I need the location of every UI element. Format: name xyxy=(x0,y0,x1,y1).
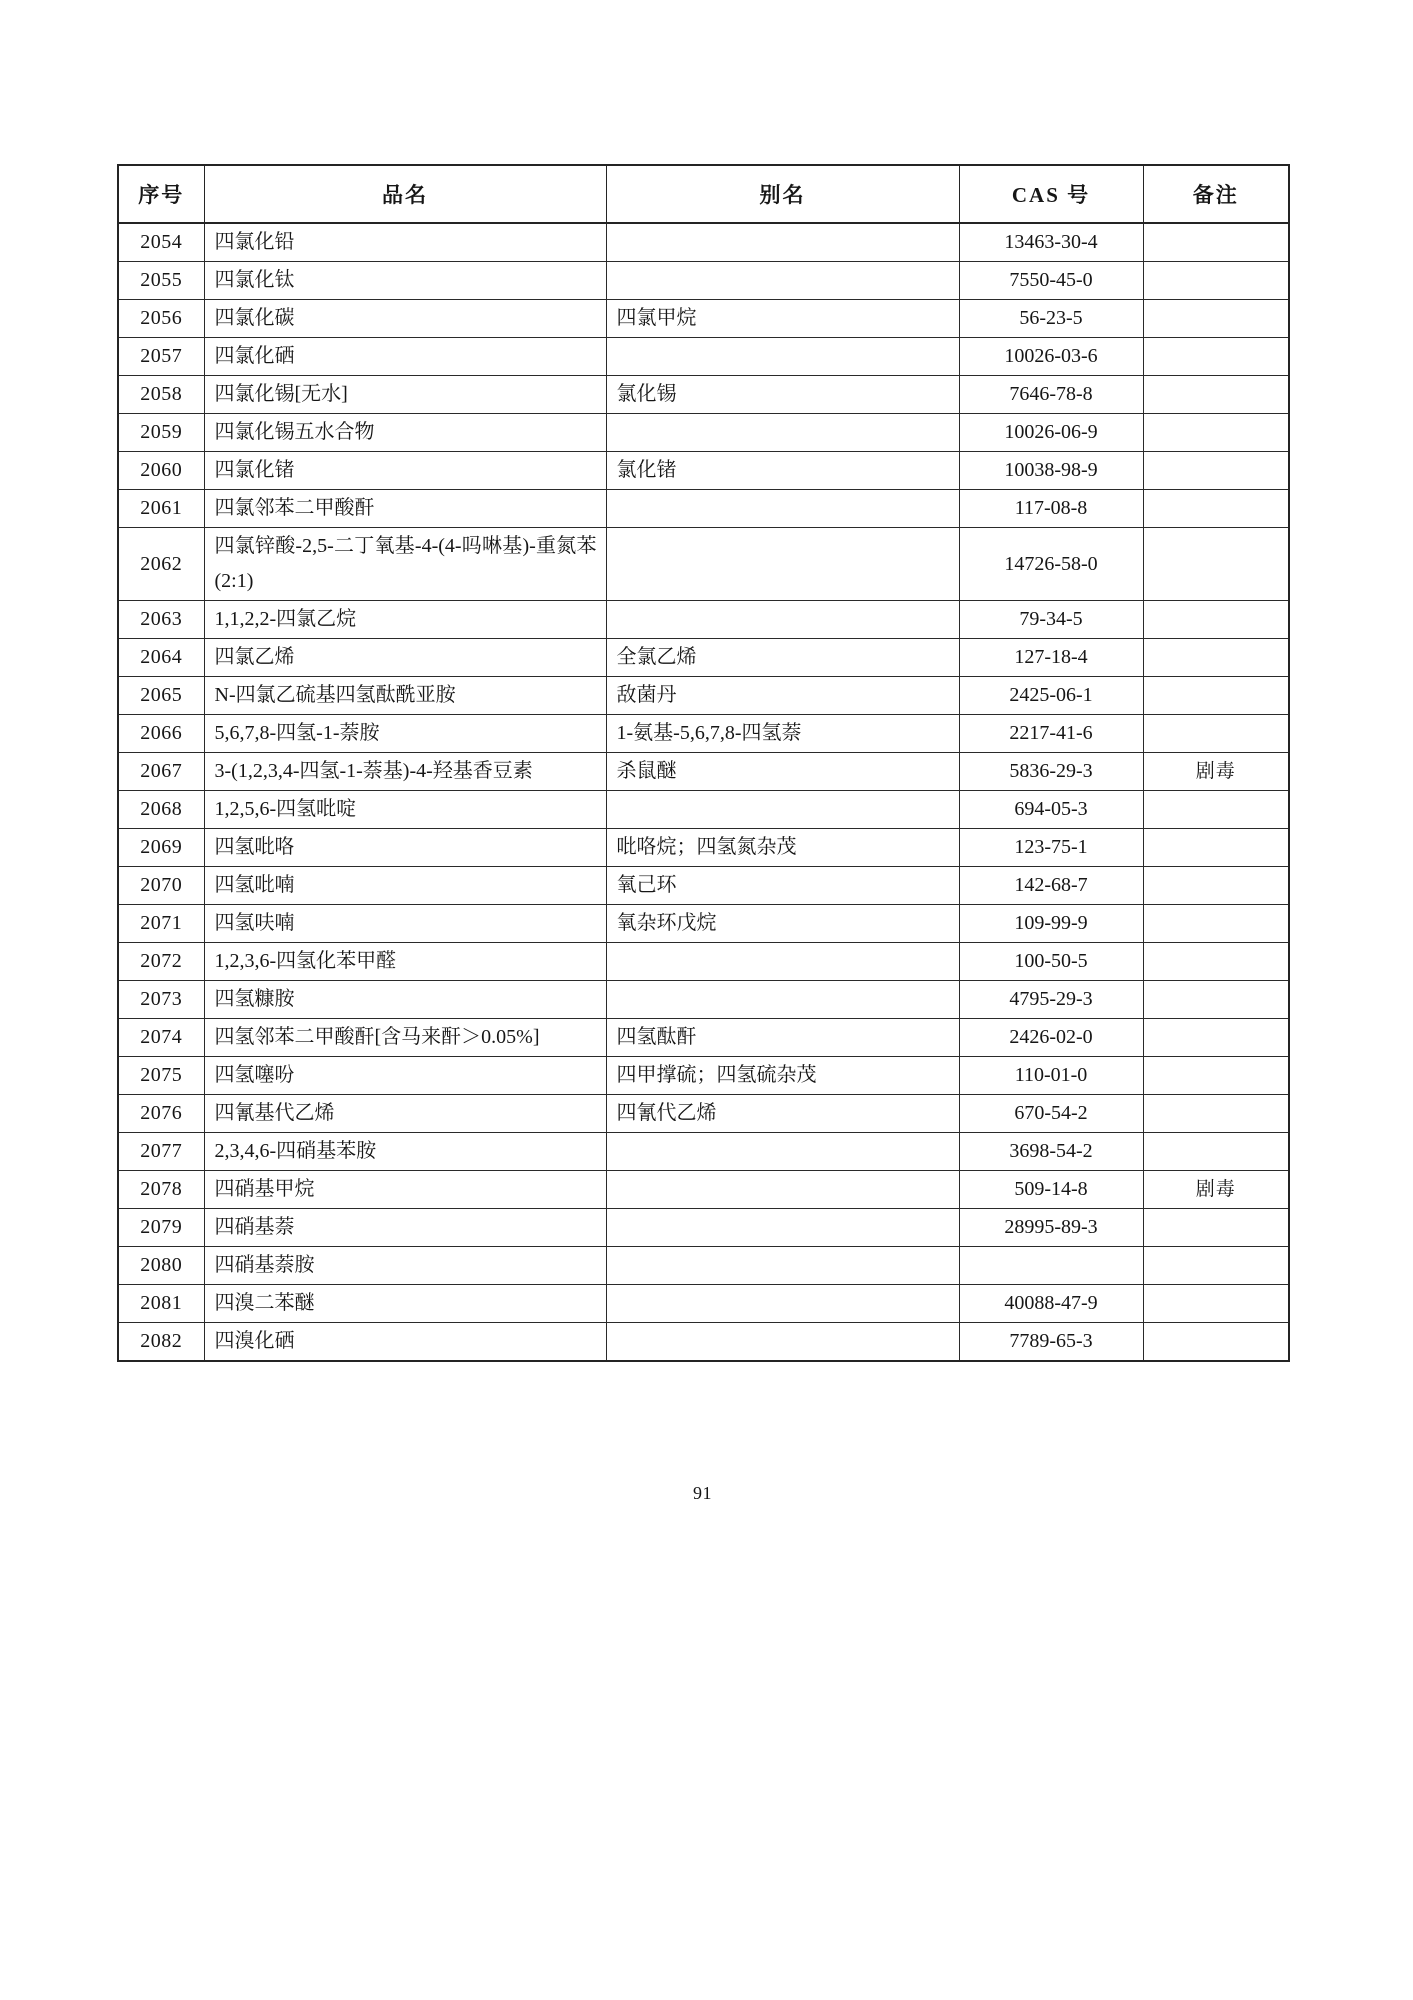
cell-remark: 剧毒 xyxy=(1143,753,1289,791)
cell-name: 四氰基代乙烯 xyxy=(204,1095,606,1133)
cell-index: 2064 xyxy=(118,639,204,677)
cell-name: 四氯化锡[无水] xyxy=(204,376,606,414)
cell-cas: 56-23-5 xyxy=(959,300,1143,338)
table-row: 2071四氢呋喃氧杂环戊烷109-99-9 xyxy=(118,905,1289,943)
cell-remark xyxy=(1143,1095,1289,1133)
header-name: 品名 xyxy=(204,165,606,223)
cell-index: 2069 xyxy=(118,829,204,867)
cell-index: 2078 xyxy=(118,1171,204,1209)
cell-remark xyxy=(1143,300,1289,338)
table-row: 2059四氯化锡五水合物10026-06-9 xyxy=(118,414,1289,452)
cell-remark xyxy=(1143,262,1289,300)
cell-cas: 100-50-5 xyxy=(959,943,1143,981)
cell-name: 四氢噻吩 xyxy=(204,1057,606,1095)
cell-name: N-四氯乙硫基四氢酞酰亚胺 xyxy=(204,677,606,715)
cell-remark xyxy=(1143,1209,1289,1247)
cell-alias xyxy=(606,601,959,639)
table-row: 2078四硝基甲烷509-14-8剧毒 xyxy=(118,1171,1289,1209)
cell-remark xyxy=(1143,414,1289,452)
cell-cas: 2425-06-1 xyxy=(959,677,1143,715)
table-row: 2074四氢邻苯二甲酸酐[含马来酐＞0.05%]四氢酞酐2426-02-0 xyxy=(118,1019,1289,1057)
cell-alias: 氧杂环戊烷 xyxy=(606,905,959,943)
cell-index: 2059 xyxy=(118,414,204,452)
cell-cas: 7550-45-0 xyxy=(959,262,1143,300)
cell-index: 2067 xyxy=(118,753,204,791)
cell-alias: 四氢酞酐 xyxy=(606,1019,959,1057)
cell-cas xyxy=(959,1247,1143,1285)
cell-name: 四硝基萘胺 xyxy=(204,1247,606,1285)
table-row: 2056四氯化碳四氯甲烷56-23-5 xyxy=(118,300,1289,338)
cell-alias: 吡咯烷；四氢氮杂茂 xyxy=(606,829,959,867)
cell-alias xyxy=(606,1171,959,1209)
cell-remark xyxy=(1143,829,1289,867)
cell-cas: 13463-30-4 xyxy=(959,223,1143,262)
cell-remark xyxy=(1143,1285,1289,1323)
cell-remark: 剧毒 xyxy=(1143,1171,1289,1209)
cell-index: 2079 xyxy=(118,1209,204,1247)
cell-alias: 四氰代乙烯 xyxy=(606,1095,959,1133)
table-row: 20721,2,3,6-四氢化苯甲醛100-50-5 xyxy=(118,943,1289,981)
table-row: 20673-(1,2,3,4-四氢-1-萘基)-4-羟基香豆素杀鼠醚5836-2… xyxy=(118,753,1289,791)
cell-index: 2070 xyxy=(118,867,204,905)
cell-cas: 10026-03-6 xyxy=(959,338,1143,376)
table-row: 2064四氯乙烯全氯乙烯127-18-4 xyxy=(118,639,1289,677)
cell-remark xyxy=(1143,1057,1289,1095)
cell-name: 四氢呋喃 xyxy=(204,905,606,943)
table-row: 2061四氯邻苯二甲酸酐117-08-8 xyxy=(118,490,1289,528)
cell-name: 四氯化钛 xyxy=(204,262,606,300)
cell-alias xyxy=(606,528,959,601)
cell-remark xyxy=(1143,528,1289,601)
cell-index: 2055 xyxy=(118,262,204,300)
page-number: 91 xyxy=(117,1483,1288,1504)
cell-name: 四氯锌酸-2,5-二丁氧基-4-(4-吗啉基)-重氮苯(2:1) xyxy=(204,528,606,601)
cell-alias: 四甲撑硫；四氢硫杂茂 xyxy=(606,1057,959,1095)
cell-index: 2075 xyxy=(118,1057,204,1095)
header-alias: 别名 xyxy=(606,165,959,223)
cell-index: 2082 xyxy=(118,1323,204,1362)
cell-remark xyxy=(1143,490,1289,528)
table-row: 20681,2,5,6-四氢吡啶694-05-3 xyxy=(118,791,1289,829)
cell-cas: 694-05-3 xyxy=(959,791,1143,829)
cell-name: 四氢糠胺 xyxy=(204,981,606,1019)
cell-index: 2074 xyxy=(118,1019,204,1057)
cell-alias: 敌菌丹 xyxy=(606,677,959,715)
cell-index: 2076 xyxy=(118,1095,204,1133)
table-row: 2069四氢吡咯吡咯烷；四氢氮杂茂123-75-1 xyxy=(118,829,1289,867)
table-row: 2076四氰基代乙烯四氰代乙烯670-54-2 xyxy=(118,1095,1289,1133)
cell-remark xyxy=(1143,639,1289,677)
cell-index: 2056 xyxy=(118,300,204,338)
table-row: 2082四溴化硒7789-65-3 xyxy=(118,1323,1289,1362)
cell-index: 2060 xyxy=(118,452,204,490)
cell-index: 2073 xyxy=(118,981,204,1019)
cell-name: 1,2,5,6-四氢吡啶 xyxy=(204,791,606,829)
chemicals-table: 序号 品名 别名 CAS 号 备注 2054四氯化铅13463-30-42055… xyxy=(117,164,1290,1362)
cell-remark xyxy=(1143,867,1289,905)
table-row: 2079四硝基萘28995-89-3 xyxy=(118,1209,1289,1247)
cell-index: 2054 xyxy=(118,223,204,262)
cell-cas: 509-14-8 xyxy=(959,1171,1143,1209)
cell-cas: 110-01-0 xyxy=(959,1057,1143,1095)
cell-name: 四氯化碳 xyxy=(204,300,606,338)
cell-index: 2066 xyxy=(118,715,204,753)
cell-cas: 4795-29-3 xyxy=(959,981,1143,1019)
cell-name: 四氯化锗 xyxy=(204,452,606,490)
cell-alias: 杀鼠醚 xyxy=(606,753,959,791)
table-row: 2060四氯化锗氯化锗10038-98-9 xyxy=(118,452,1289,490)
cell-name: 四氯化硒 xyxy=(204,338,606,376)
cell-remark xyxy=(1143,943,1289,981)
cell-alias: 全氯乙烯 xyxy=(606,639,959,677)
cell-alias xyxy=(606,981,959,1019)
cell-name: 2,3,4,6-四硝基苯胺 xyxy=(204,1133,606,1171)
cell-alias xyxy=(606,1323,959,1362)
cell-cas: 2217-41-6 xyxy=(959,715,1143,753)
cell-name: 3-(1,2,3,4-四氢-1-萘基)-4-羟基香豆素 xyxy=(204,753,606,791)
cell-index: 2061 xyxy=(118,490,204,528)
cell-remark xyxy=(1143,601,1289,639)
cell-alias xyxy=(606,1209,959,1247)
cell-index: 2068 xyxy=(118,791,204,829)
cell-remark xyxy=(1143,1323,1289,1362)
cell-alias: 四氯甲烷 xyxy=(606,300,959,338)
table-row: 2081四溴二苯醚40088-47-9 xyxy=(118,1285,1289,1323)
cell-cas: 14726-58-0 xyxy=(959,528,1143,601)
cell-remark xyxy=(1143,1247,1289,1285)
table-row: 2075四氢噻吩四甲撑硫；四氢硫杂茂110-01-0 xyxy=(118,1057,1289,1095)
cell-cas: 670-54-2 xyxy=(959,1095,1143,1133)
cell-name: 四硝基萘 xyxy=(204,1209,606,1247)
cell-name: 1,1,2,2-四氯乙烷 xyxy=(204,601,606,639)
cell-alias xyxy=(606,1285,959,1323)
cell-cas: 3698-54-2 xyxy=(959,1133,1143,1171)
cell-index: 2080 xyxy=(118,1247,204,1285)
header-cas: CAS 号 xyxy=(959,165,1143,223)
cell-cas: 79-34-5 xyxy=(959,601,1143,639)
cell-remark xyxy=(1143,791,1289,829)
cell-remark xyxy=(1143,338,1289,376)
cell-name: 四硝基甲烷 xyxy=(204,1171,606,1209)
table-row: 2062四氯锌酸-2,5-二丁氧基-4-(4-吗啉基)-重氮苯(2:1)1472… xyxy=(118,528,1289,601)
cell-name: 四氯化锡五水合物 xyxy=(204,414,606,452)
cell-cas: 127-18-4 xyxy=(959,639,1143,677)
table-row: 2070四氢吡喃氧己环142-68-7 xyxy=(118,867,1289,905)
cell-alias xyxy=(606,414,959,452)
cell-index: 2063 xyxy=(118,601,204,639)
table-row: 20772,3,4,6-四硝基苯胺3698-54-2 xyxy=(118,1133,1289,1171)
table-header: 序号 品名 别名 CAS 号 备注 xyxy=(118,165,1289,223)
cell-alias: 1-氨基-5,6,7,8-四氢萘 xyxy=(606,715,959,753)
cell-remark xyxy=(1143,1019,1289,1057)
table-row: 2055四氯化钛7550-45-0 xyxy=(118,262,1289,300)
cell-alias: 氯化锡 xyxy=(606,376,959,414)
cell-cas: 117-08-8 xyxy=(959,490,1143,528)
cell-cas: 2426-02-0 xyxy=(959,1019,1143,1057)
cell-index: 2077 xyxy=(118,1133,204,1171)
cell-alias: 氯化锗 xyxy=(606,452,959,490)
cell-alias xyxy=(606,490,959,528)
cell-name: 1,2,3,6-四氢化苯甲醛 xyxy=(204,943,606,981)
cell-remark xyxy=(1143,452,1289,490)
cell-name: 四氯邻苯二甲酸酐 xyxy=(204,490,606,528)
cell-remark xyxy=(1143,223,1289,262)
document-page: 序号 品名 别名 CAS 号 备注 2054四氯化铅13463-30-42055… xyxy=(0,0,1413,2000)
cell-cas: 7789-65-3 xyxy=(959,1323,1143,1362)
cell-index: 2062 xyxy=(118,528,204,601)
cell-name: 四溴化硒 xyxy=(204,1323,606,1362)
cell-cas: 142-68-7 xyxy=(959,867,1143,905)
cell-remark xyxy=(1143,905,1289,943)
cell-name: 四氯乙烯 xyxy=(204,639,606,677)
cell-remark xyxy=(1143,1133,1289,1171)
cell-index: 2058 xyxy=(118,376,204,414)
cell-cas: 5836-29-3 xyxy=(959,753,1143,791)
cell-alias xyxy=(606,791,959,829)
header-index: 序号 xyxy=(118,165,204,223)
cell-index: 2072 xyxy=(118,943,204,981)
cell-index: 2081 xyxy=(118,1285,204,1323)
cell-cas: 123-75-1 xyxy=(959,829,1143,867)
table-row: 2054四氯化铅13463-30-4 xyxy=(118,223,1289,262)
cell-name: 四氯化铅 xyxy=(204,223,606,262)
cell-remark xyxy=(1143,981,1289,1019)
cell-remark xyxy=(1143,376,1289,414)
cell-alias xyxy=(606,338,959,376)
cell-cas: 109-99-9 xyxy=(959,905,1143,943)
cell-index: 2071 xyxy=(118,905,204,943)
table-row: 2065N-四氯乙硫基四氢酞酰亚胺敌菌丹2425-06-1 xyxy=(118,677,1289,715)
cell-alias xyxy=(606,262,959,300)
cell-cas: 10038-98-9 xyxy=(959,452,1143,490)
table-row: 2057四氯化硒10026-03-6 xyxy=(118,338,1289,376)
cell-alias xyxy=(606,223,959,262)
chemical-table-body: 2054四氯化铅13463-30-42055四氯化钛7550-45-02056四… xyxy=(118,223,1289,1361)
cell-alias xyxy=(606,1247,959,1285)
cell-name: 四氢吡咯 xyxy=(204,829,606,867)
table-row: 2080四硝基萘胺 xyxy=(118,1247,1289,1285)
cell-alias: 氧己环 xyxy=(606,867,959,905)
cell-name: 四氢邻苯二甲酸酐[含马来酐＞0.05%] xyxy=(204,1019,606,1057)
cell-alias xyxy=(606,1133,959,1171)
table-row: 20631,1,2,2-四氯乙烷79-34-5 xyxy=(118,601,1289,639)
cell-cas: 40088-47-9 xyxy=(959,1285,1143,1323)
cell-cas: 10026-06-9 xyxy=(959,414,1143,452)
cell-remark xyxy=(1143,715,1289,753)
cell-name: 四溴二苯醚 xyxy=(204,1285,606,1323)
cell-name: 5,6,7,8-四氢-1-萘胺 xyxy=(204,715,606,753)
cell-cas: 28995-89-3 xyxy=(959,1209,1143,1247)
cell-cas: 7646-78-8 xyxy=(959,376,1143,414)
cell-index: 2057 xyxy=(118,338,204,376)
table-row: 2073四氢糠胺4795-29-3 xyxy=(118,981,1289,1019)
cell-remark xyxy=(1143,677,1289,715)
header-row: 序号 品名 别名 CAS 号 备注 xyxy=(118,165,1289,223)
table-row: 2058四氯化锡[无水]氯化锡7646-78-8 xyxy=(118,376,1289,414)
cell-index: 2065 xyxy=(118,677,204,715)
header-remark: 备注 xyxy=(1143,165,1289,223)
table-row: 20665,6,7,8-四氢-1-萘胺1-氨基-5,6,7,8-四氢萘2217-… xyxy=(118,715,1289,753)
cell-name: 四氢吡喃 xyxy=(204,867,606,905)
cell-alias xyxy=(606,943,959,981)
